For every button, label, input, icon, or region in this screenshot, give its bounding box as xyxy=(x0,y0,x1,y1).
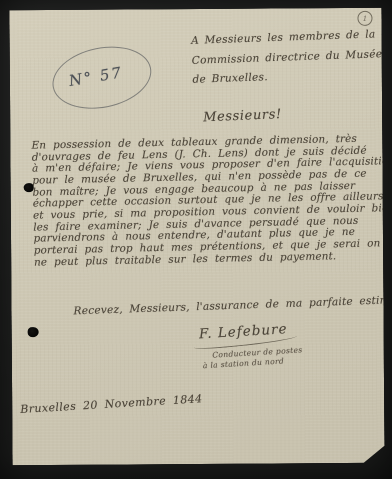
punch-hole-bottom xyxy=(28,327,39,337)
letter-body: En possession de deux tableaux grande di… xyxy=(31,133,386,269)
salutation: Messieurs! xyxy=(203,107,282,125)
recipient-address: A Messieurs les membres de la — Commissi… xyxy=(191,25,392,90)
archive-number-oval: N° 57 xyxy=(47,38,157,117)
photo-background: 1 N° 57 A Messieurs les membres de la — … xyxy=(0,0,392,479)
letter-page: 1 N° 57 A Messieurs les membres de la — … xyxy=(9,8,384,466)
page-number-annotation: 1 xyxy=(357,11,372,26)
page-number-annotation-text: 1 xyxy=(363,14,368,22)
closing-formula: Recevez, Messieurs, l'assurance de ma pa… xyxy=(73,294,392,317)
archive-number-text: N° 57 xyxy=(67,63,124,90)
dateline: Bruxelles 20 Novembre 1844 xyxy=(20,392,203,416)
signature-block: F. Lefebure Conducteur de postes à la st… xyxy=(189,318,341,371)
